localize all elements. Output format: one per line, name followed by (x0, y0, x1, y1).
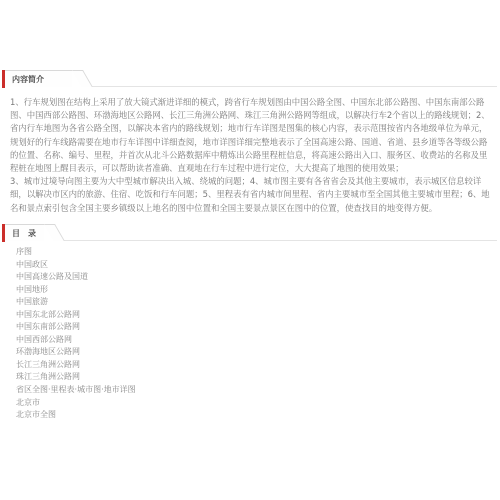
toc-item: 北京市 (16, 397, 136, 410)
toc-item: 珠江三角洲公路网 (16, 371, 136, 384)
toc-item: 序图 (16, 246, 136, 259)
toc-list: 序图中国政区中国高速公路及国道中国地形中国旅游中国东北部公路网中国东南部公路网中… (16, 246, 136, 422)
toc-item: 中国东北部公路网 (16, 309, 136, 322)
toc-item: 中国西部公路网 (16, 334, 136, 347)
tab-flap (44, 224, 65, 241)
toc-item: 省区全图·里程表·城市图·地市详图 (16, 384, 136, 397)
header-divider (55, 240, 497, 241)
toc-item: 北京市全图 (16, 409, 136, 422)
intro-paragraph: 3、城市过境导向图主要为大中型城市解决出入城、绕城的问题；4、城市图主要有各省省… (10, 175, 495, 215)
toc-item: 环渤海地区公路网 (16, 346, 136, 359)
toc-item: 中国地形 (16, 284, 136, 297)
toc-item: 中国高速公路及国道 (16, 271, 136, 284)
tab-content-intro: 内容简介 (5, 70, 72, 87)
tab-toc: 目 录 (5, 224, 44, 241)
intro-section-header: 内容简介 (0, 70, 499, 88)
intro-paragraph: 1、行车规划图在结构上采用了放大镜式渐进详细的模式，跨省行车规划图由中国公路全图… (10, 96, 495, 175)
toc-item: 中国旅游 (16, 296, 136, 309)
toc-item: 中国政区 (16, 259, 136, 272)
toc-section-title: 目 录 (5, 225, 44, 242)
toc-item: 中国东南部公路网 (16, 321, 136, 334)
toc-section-header: 目 录 (0, 224, 499, 242)
intro-section-title: 内容简介 (5, 71, 72, 88)
header-divider (83, 86, 497, 87)
toc-item: 长江三角洲公路网 (16, 359, 136, 372)
intro-text: 1、行车规划图在结构上采用了放大镜式渐进详细的模式，跨省行车规划图由中国公路全图… (10, 96, 495, 215)
tab-flap (72, 70, 93, 87)
